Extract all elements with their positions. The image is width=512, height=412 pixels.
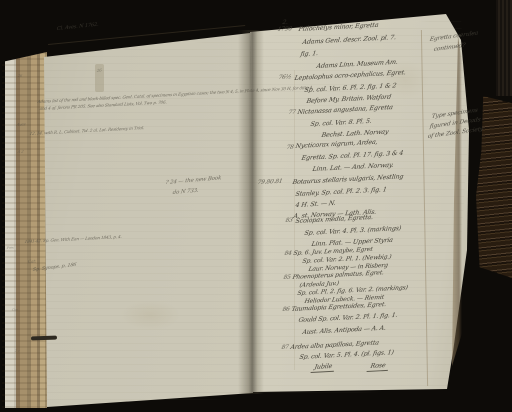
catalogue-label: Cat: — [27, 260, 36, 265]
fore-edge-texture — [476, 96, 512, 278]
entry-number: 1790 — [277, 26, 292, 33]
gutter-shadow — [238, 30, 264, 394]
cover-edge-texture — [496, 0, 512, 96]
margin-mark: A 2 — [17, 149, 24, 154]
entry-number: 78 — [286, 145, 294, 151]
entry-number: 85 — [283, 275, 291, 281]
entry-number: 77 — [288, 110, 296, 116]
entry-line: fig. 1. — [300, 50, 319, 58]
page-number: 2. — [282, 19, 289, 26]
margin-mark: Aves — [16, 122, 26, 127]
margin-mark: 2 v — [15, 349, 20, 353]
margin-mark: Prev — [7, 246, 15, 250]
entry-number: 83 — [285, 218, 293, 224]
footer-word: Jubile — [311, 363, 336, 373]
entry-number: 87 — [281, 345, 289, 351]
margin-mark: Con — [12, 308, 19, 312]
corner-mark: 26 — [97, 67, 102, 72]
margin-mark: 26 — [18, 74, 23, 78]
entry-number: 84 — [284, 251, 292, 257]
footer-word: Rose — [367, 362, 390, 372]
entry-number: 76½ — [278, 74, 292, 81]
left-page-header: Cl. Aves. N 1762. — [57, 22, 99, 32]
book-scan: Cl. Aves. N 1762. 26 26 Aves A 2 Prev Co… — [0, 0, 512, 412]
entry-number: 86 — [282, 307, 290, 313]
